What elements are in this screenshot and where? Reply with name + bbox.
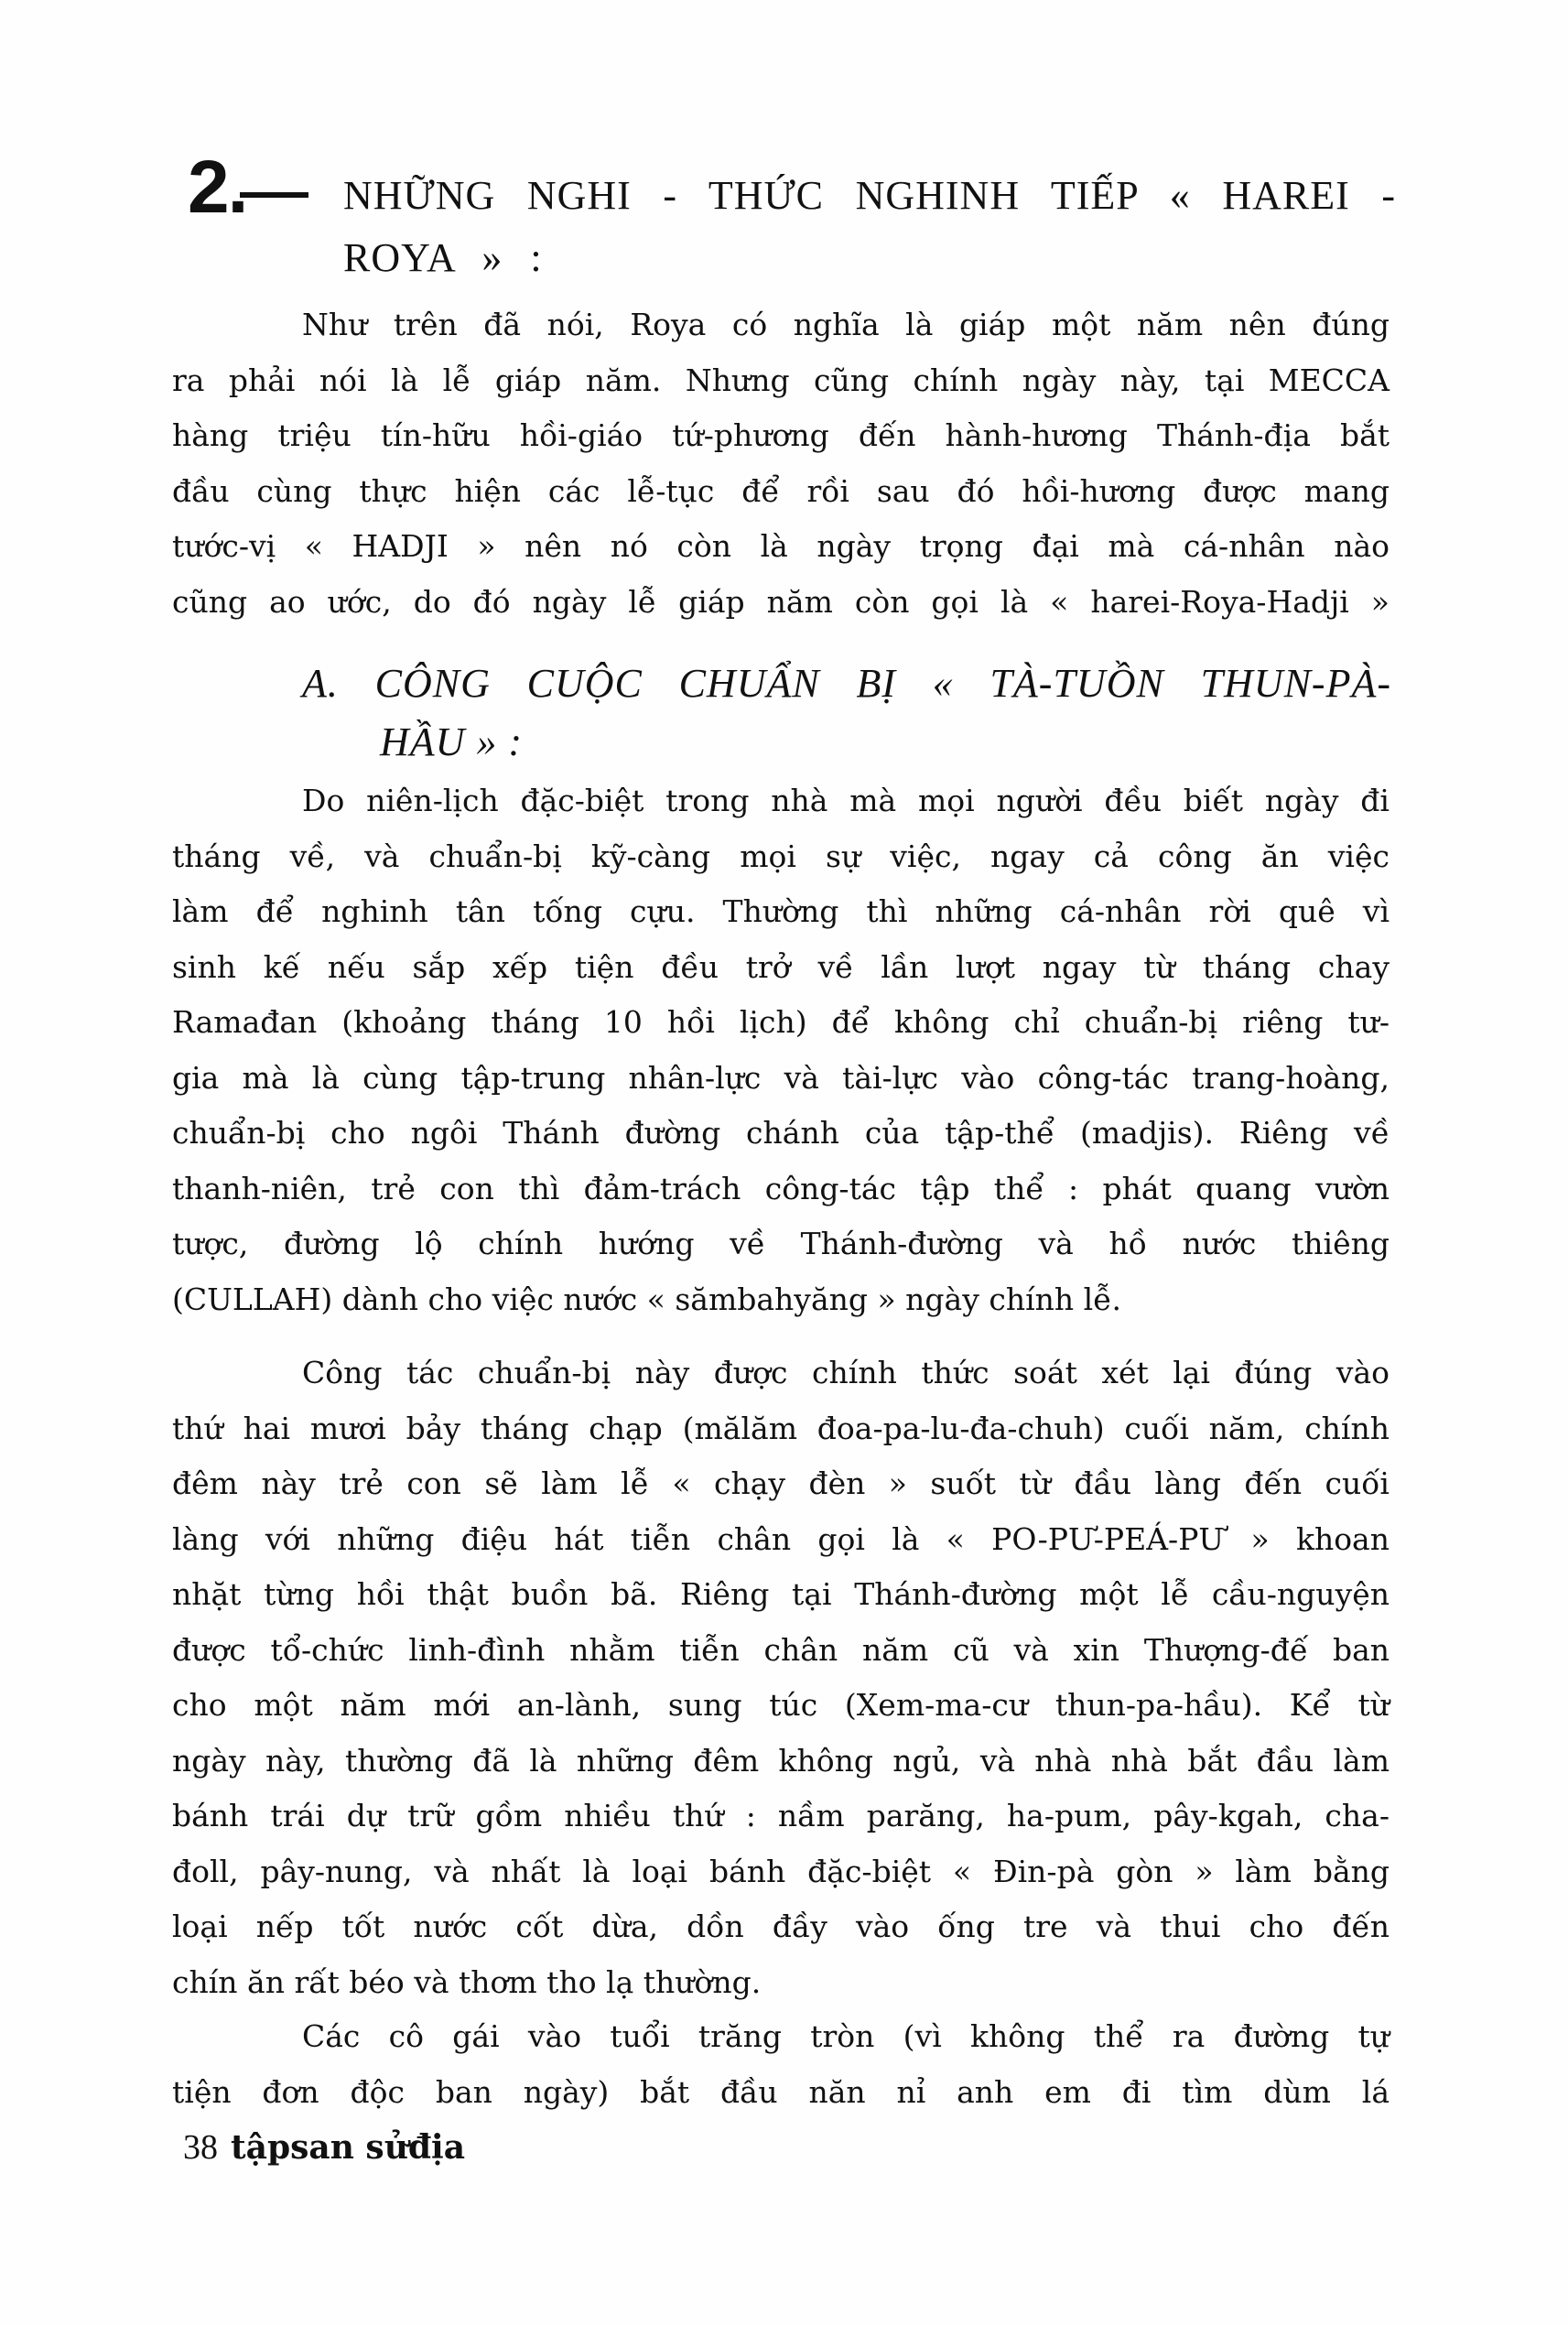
section-title-line: ROYA » : [343,227,1396,289]
subsection-title-line: HẦU » : [302,713,1391,772]
text-line: chuẩn-bị cho ngôi Thánh đường chánh của … [172,1106,1390,1162]
page-footer: 38tậpsan sửđịa [183,2125,465,2169]
paragraph-2: Do niên-lịch đặc-biệt trong nhà mà mọi n… [172,773,1390,1327]
text-line: gia mà là cùng tập-trung nhân-lực và tài… [172,1051,1390,1107]
subsection-title-line: A. CÔNG CUỘC CHUẨN BỊ « TÀ-TUỒN THUN-PÀ- [302,654,1391,713]
paragraph-1: Như trên đã nói, Roya có nghĩa là giáp m… [172,297,1390,630]
text-line: Công tác chuẩn-bị này được chính thức so… [172,1346,1390,1401]
publication-name: tậpsan sửđịa [231,2128,465,2167]
text-line: đêm này trẻ con sẽ làm lễ « chạy đèn » s… [172,1456,1390,1512]
text-line: cho một năm mới an-lành, sung túc (Xem-m… [172,1678,1390,1734]
text-line: đầu cùng thực hiện các lễ-tục để rồi sau… [172,464,1390,520]
text-line: Do niên-lịch đặc-biệt trong nhà mà mọi n… [172,773,1390,829]
page-number: 38 [183,2128,218,2167]
paragraph-4: Các cô gái vào tuổi trăng tròn (vì không… [172,2009,1390,2120]
text-line: ngày này, thường đã là những đêm không n… [172,1734,1390,1790]
text-line: Như trên đã nói, Roya có nghĩa là giáp m… [172,297,1390,353]
text-line: làm để nghinh tân tống cựu. Thường thì n… [172,884,1390,940]
text-line: chín ăn rất béo và thơm tho lạ thường. [172,1955,1390,2011]
text-line: loại nếp tốt nước cốt dừa, dồn đầy vào ố… [172,1899,1390,1955]
document-page: 2. NHỮNG NGHI - THỨC NGHINH TIẾP « HAREI… [0,0,1568,2325]
section-number: 2. [188,146,246,229]
text-line: nhặt từng hồi thật buồn bã. Riêng tại Th… [172,1567,1390,1623]
text-line: tước-vị « HADJI » nên nó còn là ngày trọ… [172,519,1390,575]
text-line: tược, đường lộ chính hướng về Thánh-đườn… [172,1217,1390,1272]
text-line: thứ hai mươi bảy tháng chạp (mălăm đoa-p… [172,1401,1390,1457]
text-line: tháng về, và chuẩn-bị kỹ-càng mọi sự việ… [172,829,1390,885]
subsection-title: A. CÔNG CUỘC CHUẨN BỊ « TÀ-TUỒN THUN-PÀ-… [302,654,1391,772]
text-line: hàng triệu tín-hữu hồi-giáo tứ-phương đế… [172,408,1390,464]
text-line: cũng ao ước, do đó ngày lễ giáp năm còn … [172,575,1390,631]
text-line: (CULLAH) dành cho việc nước « sămbahyăng… [172,1272,1390,1328]
section-title: NHỮNG NGHI - THỨC NGHINH TIẾP « HAREI - … [343,165,1396,289]
section-title-line: NHỮNG NGHI - THỨC NGHINH TIẾP « HAREI - [343,165,1396,227]
paragraph-3: Công tác chuẩn-bị này được chính thức so… [172,1346,1390,2010]
text-line: ra phải nói là lễ giáp năm. Nhưng cũng c… [172,353,1390,409]
text-line: Các cô gái vào tuổi trăng tròn (vì không… [172,2009,1390,2065]
text-line: sinh kế nếu sắp xếp tiện đều trở về lần … [172,940,1390,996]
text-line: được tổ-chức linh-đình nhằm tiễn chân nă… [172,1623,1390,1679]
text-line: tiện đơn độc ban ngày) bắt đầu năn nỉ an… [172,2065,1390,2121]
text-line: đoll, pây-nung, và nhất là loại bánh đặc… [172,1844,1390,1900]
text-line: bánh trái dự trữ gồm nhiều thứ : nầm par… [172,1789,1390,1844]
section-dash [240,192,308,198]
text-line: làng với những điệu hát tiễn chân gọi là… [172,1512,1390,1568]
text-line: Ramađan (khoảng tháng 10 hồi lịch) để kh… [172,995,1390,1051]
text-line: thanh-niên, trẻ con thì đảm-trách công-t… [172,1162,1390,1217]
